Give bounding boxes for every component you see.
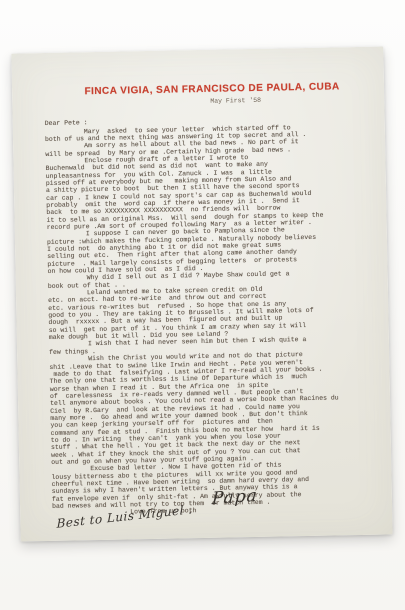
signature-handwritten: Papa — [211, 486, 258, 509]
letter-paper: FINCA VIGIA, SAN FRANCISCO DE PAULA, CUB… — [11, 46, 392, 541]
date-line: May First '58 — [210, 94, 384, 105]
letterhead: FINCA VIGIA, SAN FRANCISCO DE PAULA, CUB… — [11, 46, 384, 99]
photo-backdrop: FINCA VIGIA, SAN FRANCISCO DE PAULA, CUB… — [0, 0, 405, 610]
letter-body: Mary asked to see your letter which star… — [45, 122, 374, 517]
